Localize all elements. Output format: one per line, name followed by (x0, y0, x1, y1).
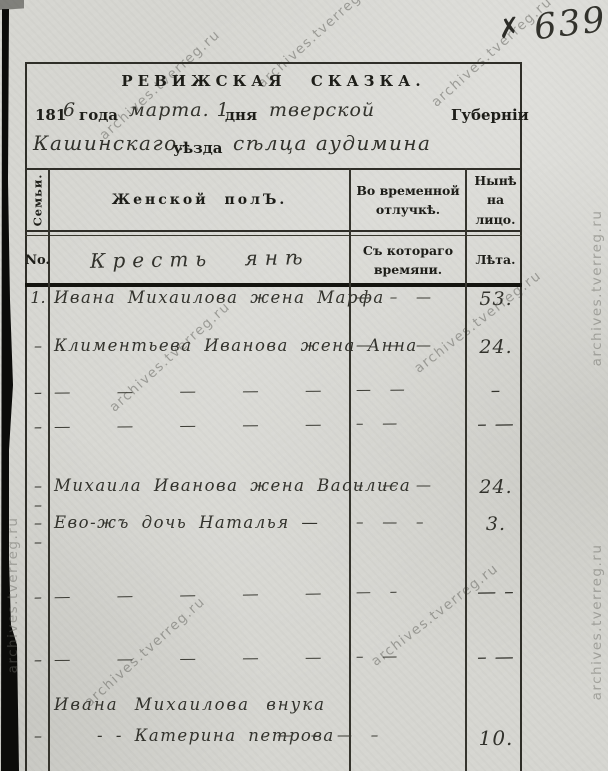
female-column-handwritten: Кресть янѣ (50, 236, 349, 282)
female-column-label: Женской полЪ. (112, 192, 287, 208)
table-row: – – Михаила Иванова жена Василиса – — — … (27, 476, 524, 502)
row-dash-marks: — — (356, 380, 464, 399)
absence-column-label: Во временной отлучкѣ. (351, 181, 465, 220)
row-dash-marks: – — (356, 413, 464, 432)
row-name: Ево-жъ дочь Наталья — (54, 513, 354, 532)
row-number: – (28, 383, 48, 402)
present-column-header: Нынѣ на лицо. (467, 170, 524, 230)
table-row: Ивана Михаилова внука (27, 695, 524, 721)
month-day-handwritten: марта. 1 (129, 99, 230, 121)
row-number: – – (28, 476, 48, 514)
row-dash-marks: — — — — — (54, 583, 354, 606)
year-word: года (79, 106, 118, 124)
row-dash-marks: — – — – (277, 726, 465, 744)
absence-column-header: Во временной отлучкѣ. (351, 170, 465, 230)
female-column-header: Женской полЪ. (50, 170, 349, 230)
row-dash-marks: — – (356, 581, 464, 601)
family-column-label: Семьи. (31, 174, 45, 227)
table-row: – — — — — — – — – — (27, 413, 524, 443)
family-column-header: Семьи. (27, 170, 48, 230)
row-number: – (28, 336, 48, 355)
row-age: 3. (469, 513, 523, 535)
row-dash-marks: — – — (356, 288, 464, 306)
row-age: – — (469, 646, 523, 668)
absence-since-label: Съ котораго времяни. (351, 241, 465, 280)
table-row: – - - Катерина петрова — – — – 10. (27, 726, 524, 752)
day-word: дня (225, 106, 257, 124)
row-number: – (28, 650, 48, 669)
no-column-label: No. (25, 253, 50, 268)
table-row: – Климентьева Иванова жена Анна — – — 24… (27, 336, 524, 362)
thick-divider (25, 283, 522, 287)
document-title: РЕВИЖСКАЯ СКАЗКА. (27, 72, 520, 90)
village-handwritten: сѣлца аудимина (233, 131, 431, 155)
district-word: уѣзда (173, 139, 222, 157)
watermark-text: archives.tverreg.ru (5, 517, 21, 674)
watermark-text: archives.tverreg.ru (589, 544, 605, 701)
row-age: – (469, 379, 523, 401)
years-column-label: Лѣта. (475, 250, 515, 269)
row-name: Михаила Иванова жена Василиса (54, 476, 354, 495)
row-dash-marks: – — — (356, 476, 464, 494)
table-row: – — — — — — — – — – (27, 581, 524, 614)
no-column-header: No. (27, 238, 48, 282)
revision-table: РЕВИЖСКАЯ СКАЗКА. 181 6 года марта. 1 дн… (25, 62, 522, 771)
table-row: – — — — — — – — – — (27, 646, 524, 676)
row-number: – – (28, 513, 48, 551)
row-number: 1. (28, 288, 48, 307)
row-number: – (28, 587, 48, 606)
row-age: 53. (469, 288, 523, 310)
row-dash-marks: — — — — — (54, 414, 354, 436)
female-handwritten-label: Кресть янѣ (90, 245, 310, 273)
row-dash-marks: – — (356, 646, 464, 665)
district-handwritten: Кашинскаго. (33, 131, 185, 155)
row-age: — – (469, 581, 523, 604)
row-age: 24. (469, 336, 523, 358)
years-column-header: Лѣта. (467, 238, 524, 282)
watermark-text: archives.tverreg.ru (589, 210, 605, 367)
page-number: 639 (532, 0, 608, 48)
row-number: – (28, 726, 48, 745)
row-dash-marks: — — — — — (54, 380, 354, 401)
row-name: Ивана Михаилова жена Марфа (54, 288, 354, 307)
absence-since-header: Съ котораго времяни. (351, 238, 465, 282)
table-row: 1. Ивана Михаилова жена Марфа — – — 53. (27, 288, 524, 314)
year-printed: 181 (35, 106, 66, 124)
row-age: – — (469, 413, 523, 435)
province-handwritten: тверской (269, 99, 375, 121)
check-mark: ✗ (496, 12, 523, 46)
row-dash-marks: — — — — — (54, 647, 354, 669)
row-name: Ивана Михаилова внука (54, 695, 354, 714)
year-handwritten: 6 (63, 99, 76, 121)
row-number: – (28, 417, 48, 436)
row-age: 24. (469, 476, 523, 498)
table-row: – – Ево-жъ дочь Наталья — – — – 3. (27, 513, 524, 539)
row-dash-marks: — – — (356, 336, 464, 354)
province-word: Губерніи (451, 106, 529, 124)
row-age: 10. (469, 726, 523, 750)
row-name: Климентьева Иванова жена Анна (54, 336, 354, 355)
row-dash-marks: – — – (356, 513, 464, 531)
table-row: – — — — — — — — – (27, 379, 524, 408)
scanned-revision-document: { "watermark": { "text": "archives.tverr… (0, 0, 608, 771)
present-column-label: Нынѣ на лицо. (467, 171, 524, 229)
